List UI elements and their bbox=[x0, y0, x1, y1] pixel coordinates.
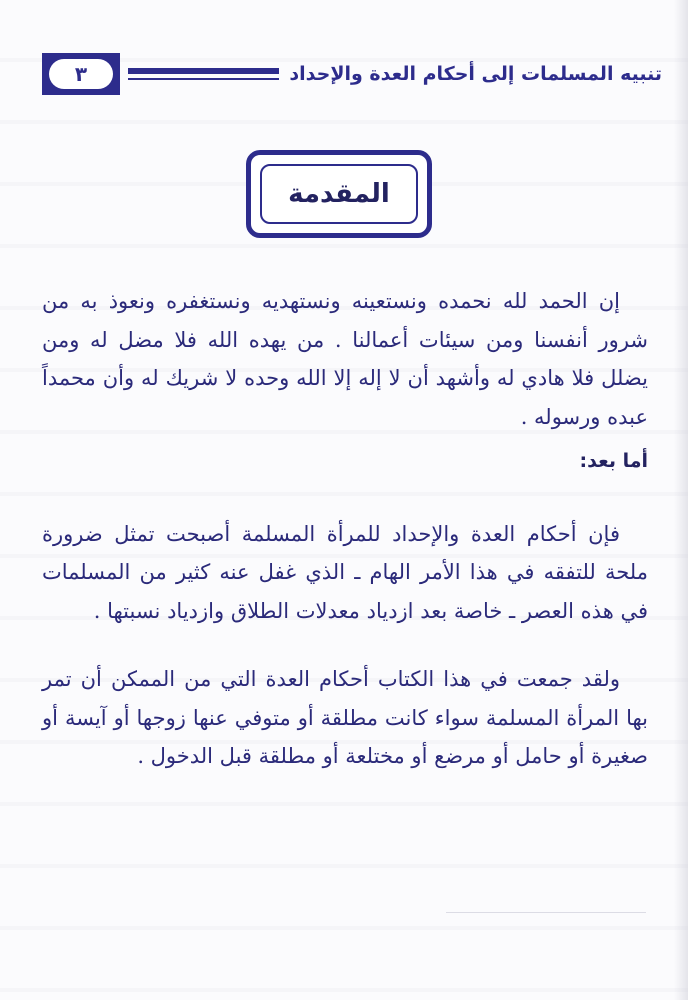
paragraph-scope: ولقد جمعت في هذا الكتاب أحكام العدة التي… bbox=[42, 660, 648, 776]
section-title-frame: المقدمة bbox=[246, 150, 432, 238]
header-rule-thick bbox=[128, 68, 279, 74]
page-edge-shadow bbox=[674, 0, 688, 1000]
running-header: ٣ تنبيه المسلمات إلى أحكام العدة والإحدا… bbox=[42, 48, 662, 100]
footnote-divider-ghost bbox=[446, 912, 646, 913]
section-title: المقدمة bbox=[260, 164, 418, 224]
book-title: تنبيه المسلمات إلى أحكام العدة والإحداد bbox=[289, 63, 662, 85]
page-number: ٣ bbox=[49, 59, 113, 89]
paragraph-importance: فإن أحكام العدة والإحداد للمرأة المسلمة … bbox=[42, 515, 648, 631]
paragraph-opening: إن الحمد لله نحمده ونستعينه ونستهديه ونس… bbox=[42, 282, 648, 436]
header-rules bbox=[128, 68, 279, 80]
header-rule-thin bbox=[128, 78, 279, 80]
body-text: إن الحمد لله نحمده ونستعينه ونستهديه ونس… bbox=[42, 282, 648, 776]
page-number-box: ٣ bbox=[42, 53, 120, 95]
subheading-amma-baad: أما بعد: bbox=[42, 442, 648, 481]
